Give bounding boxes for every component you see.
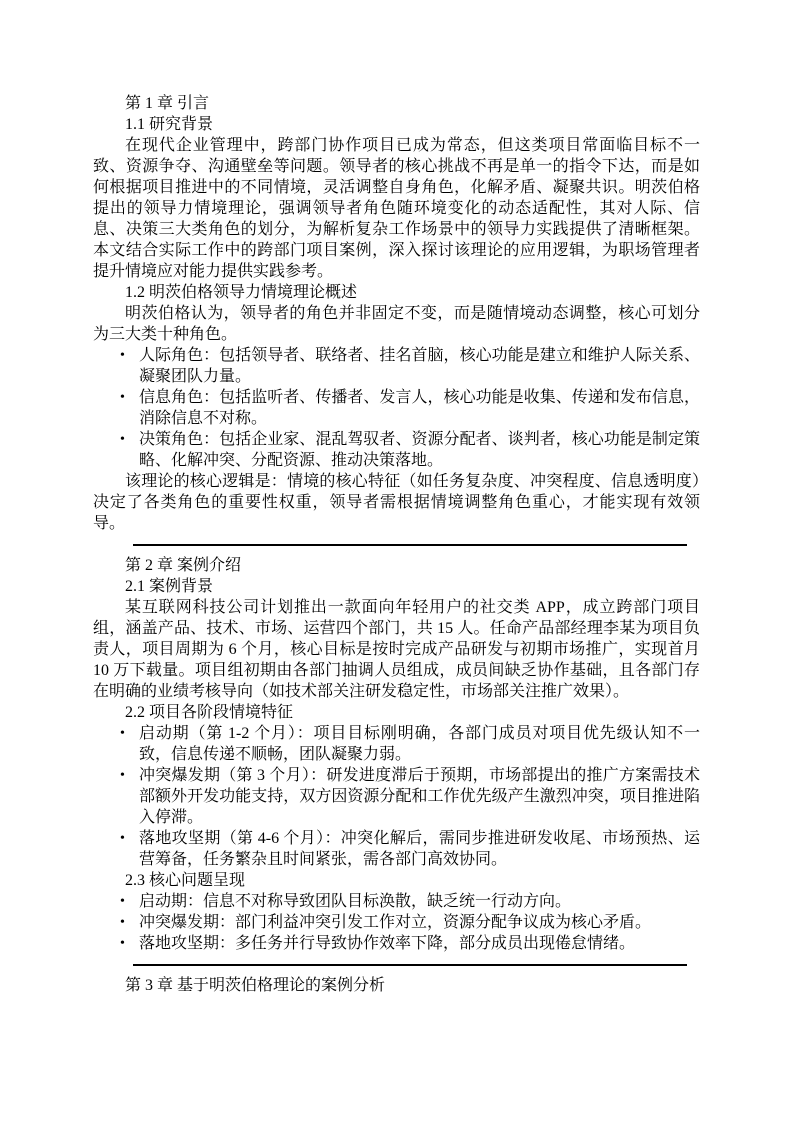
role-list-item: 决策角色：包括企业家、混乱驾驭者、资源分配者、谈判者，核心功能是制定策略、化解冲… [139,429,700,471]
case-background-paragraph: 某互联网科技公司计划推出一款面向年轻用户的社交类 APP，成立跨部门项目组，涵盖… [93,597,700,702]
problem-list-item: 落地攻坚期：多任务并行导致协作效率下降，部分成员出现倦怠情绪。 [139,933,700,954]
divider-line [133,964,687,966]
section-2-1-heading: 2.1 案例背景 [93,576,700,597]
problem-list-item: 启动期：信息不对称导致团队目标涣散，缺乏统一行动方向。 [139,891,700,912]
phase-list-item: 落地攻坚期（第 4-6 个月）：冲突化解后，需同步推进研发收尾、市场预热、运营筹… [139,828,700,870]
chapter-1-title: 第 1 章 引言 [93,93,700,114]
section-2-2-heading: 2.2 项目各阶段情境特征 [93,702,700,723]
section-2-3-heading: 2.3 核心问题呈现 [93,870,700,891]
phase-list: 启动期（第 1-2 个月）：项目目标刚明确，各部门成员对项目优先级认知不一致，信… [93,723,700,870]
problem-list-item: 冲突爆发期：部门利益冲突引发工作对立，资源分配争议成为核心矛盾。 [139,912,700,933]
problem-list: 启动期：信息不对称导致团队目标涣散，缺乏统一行动方向。 冲突爆发期：部门利益冲突… [93,891,700,954]
theory-conclusion-paragraph: 该理论的核心逻辑是：情境的核心特征（如任务复杂度、冲突程度、信息透明度）决定了各… [93,471,700,534]
role-list: 人际角色：包括领导者、联络者、挂名首脑，核心功能是建立和维护人际关系、凝聚团队力… [93,345,700,471]
section-divider [93,954,700,975]
document-body: 第 1 章 引言 1.1 研究背景 在现代企业管理中，跨部门协作项目已成为常态，… [93,93,700,996]
chapter-2-title: 第 2 章 案例介绍 [93,555,700,576]
research-background-paragraph: 在现代企业管理中，跨部门协作项目已成为常态，但这类项目常面临目标不一致、资源争夺… [93,135,700,282]
role-list-item: 信息角色：包括监听者、传播者、发言人，核心功能是收集、传递和发布信息，消除信息不… [139,387,700,429]
section-divider [93,534,700,555]
theory-intro-paragraph: 明茨伯格认为，领导者的角色并非固定不变，而是随情境动态调整，核心可划分为三大类十… [93,303,700,345]
section-1-2-heading: 1.2 明茨伯格领导力情境理论概述 [93,282,700,303]
phase-list-item: 启动期（第 1-2 个月）：项目目标刚明确，各部门成员对项目优先级认知不一致，信… [139,723,700,765]
phase-list-item: 冲突爆发期（第 3 个月）：研发进度滞后于预期，市场部提出的推广方案需技术部额外… [139,765,700,828]
divider-line [133,544,687,546]
role-list-item: 人际角色：包括领导者、联络者、挂名首脑，核心功能是建立和维护人际关系、凝聚团队力… [139,345,700,387]
chapter-3-title: 第 3 章 基于明茨伯格理论的案例分析 [93,975,700,996]
section-1-1-heading: 1.1 研究背景 [93,114,700,135]
document-page: 第 1 章 引言 1.1 研究背景 在现代企业管理中，跨部门协作项目已成为常态，… [0,0,793,1122]
